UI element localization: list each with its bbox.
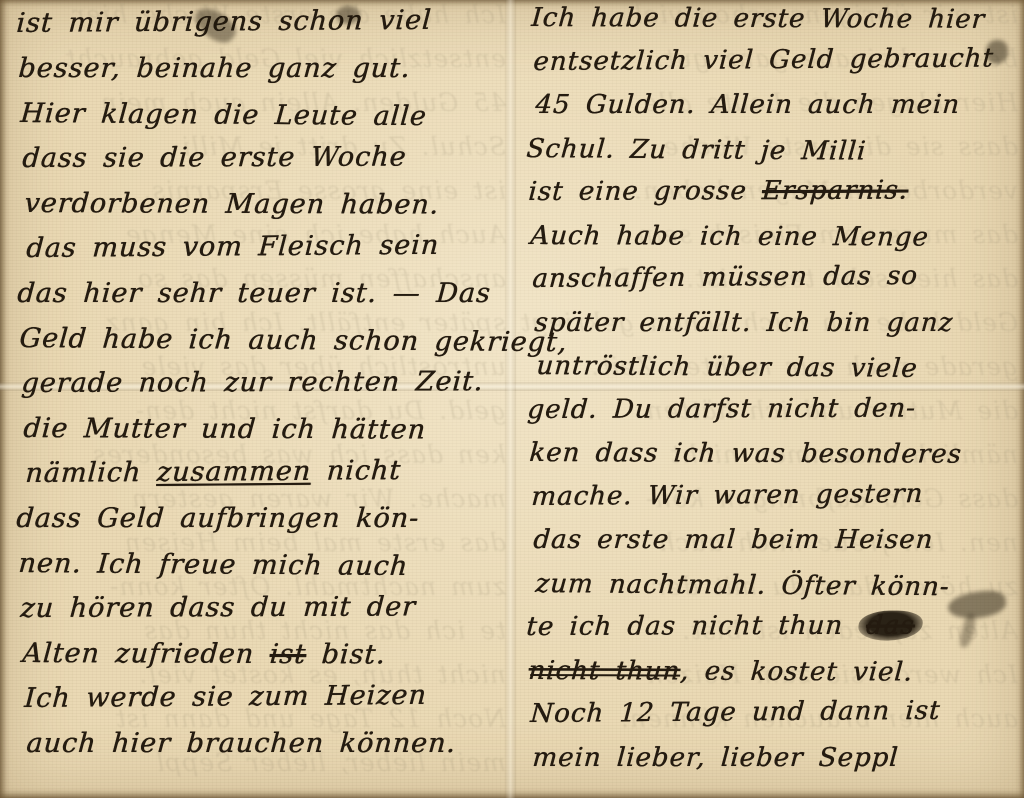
handwriting-text: dass Geld aufbringen kön-: [15, 503, 420, 534]
handwriting-line: Schul. Zu dritt je Milli: [524, 134, 1021, 181]
handwriting-text: die Mutter und ich hätten: [22, 413, 427, 446]
handwriting-line: Hier klagen die Leute alle: [18, 98, 509, 147]
handwriting-text: Ich werde sie zum Heizen: [23, 680, 427, 714]
handwriting-line: verdorbenen Magen haben.: [22, 188, 509, 235]
handwriting-line: entsetzlich viel Geld gebraucht: [532, 43, 1022, 90]
handwriting-strike-text: ist: [269, 639, 308, 670]
handwriting-line: besser, beinahe ganz gut.: [16, 53, 509, 98]
handwriting-line: 45 Gulden. Allein auch mein: [533, 90, 1021, 134]
handwriting-text: auch hier brauchen können.: [25, 728, 457, 759]
handwriting-text: nicht: [310, 455, 402, 487]
handwriting-text: Alten zufrieden: [21, 638, 271, 670]
handwriting-line: Alten zufrieden ist bist.: [20, 638, 509, 685]
handwriting-line: mein lieber, lieber Seppl: [530, 743, 1021, 787]
handwriting-text: das erste mal beim Heisen: [532, 525, 934, 555]
handwriting-text: besser, beinahe ganz gut.: [17, 53, 411, 84]
handwriting-text: nämlich: [24, 457, 157, 489]
letter-scan: Ich habe die erste Woche hierentsetzlich…: [0, 0, 1024, 798]
handwriting-text: Ich habe die erste Woche hier: [530, 3, 986, 35]
handwriting-text: 45 Gulden. Allein auch mein: [534, 90, 961, 120]
handwriting-text: te ich das nicht thun: [525, 611, 859, 642]
handwriting-text: anschaffen müssen das so: [531, 261, 918, 294]
handwriting-text: später entfällt. Ich bin ganz: [533, 308, 954, 338]
handwriting-text: zu hören dass du mit der: [19, 591, 417, 624]
handwriting-text: , es kostet viel.: [679, 656, 914, 687]
handwriting-line: ist mir übrigens schon viel: [15, 4, 510, 53]
letter-page-left: ist mir übrigens schon vielbesser, beina…: [16, 8, 508, 773]
handwriting-line: mache. Wir waren gestern: [530, 478, 1022, 525]
handwriting-line: ken dass ich was besonderes: [527, 438, 1021, 483]
handwriting-text: das hier sehr teuer ist. — Das: [16, 278, 492, 309]
handwriting-text: entsetzlich viel Geld gebraucht: [532, 43, 994, 77]
letter-page-right: Ich habe die erste Woche hierentsetzlich…: [526, 3, 1020, 786]
handwriting-line: nämlich zusammen nicht: [24, 454, 510, 503]
handwriting-line: Noch 12 Tage und dann ist: [529, 695, 1022, 742]
handwriting-text: dass sie die erste Woche: [21, 142, 407, 174]
handwriting-text: untröstlich über das viele: [535, 351, 918, 384]
handwriting-text: ist eine grosse: [527, 176, 763, 207]
handwriting-text: Schul. Zu dritt je Milli: [525, 134, 867, 167]
handwriting-text: Auch habe ich eine Menge: [529, 221, 930, 253]
handwriting-text: geld. Du darfst nicht den-: [526, 393, 916, 424]
handwriting-text: ist mir übrigens schon viel: [15, 5, 432, 39]
handwriting-strike-text: Ersparnis.: [761, 176, 909, 207]
handwriting-line: auch hier brauchen können.: [24, 728, 509, 773]
handwriting-text: nen. Ich freue mich auch: [17, 548, 409, 582]
handwriting-text: zum nachtmahl. Öfter könn-: [534, 569, 950, 602]
handwriting-line: Auch habe ich eine Menge: [528, 221, 1021, 266]
handwriting-strike2-text: nicht thun: [527, 656, 681, 687]
handwriting-line: untröstlich über das viele: [534, 351, 1021, 398]
handwriting-line: nen. Ich freue mich auch: [16, 548, 509, 597]
handwriting-line: die Mutter und ich hätten: [21, 413, 509, 460]
handwriting-text: mein lieber, lieber Seppl: [531, 743, 899, 773]
handwriting-line: Geld habe ich auch schon gekriegt,: [17, 323, 509, 372]
handwriting-text: das muss vom Fleisch sein: [25, 230, 440, 264]
handwriting-text: Hier klagen die Leute alle: [19, 98, 428, 132]
handwriting-line: später entfällt. Ich bin ganz: [532, 308, 1021, 352]
handwriting-text: Geld habe ich auch schon gekriegt,: [18, 323, 568, 358]
handwriting-line: ist eine grosse Ersparnis.: [527, 175, 1022, 220]
handwriting-line: zum nachtmahl. Öfter könn-: [533, 569, 1021, 616]
handwriting-line: das hier sehr teuer ist. — Das: [15, 278, 509, 323]
handwriting-text: gerade noch zur rechten Zeit.: [20, 366, 484, 399]
handwriting-line: nicht thun, es kostet viel.: [526, 656, 1021, 701]
handwriting-line: dass Geld aufbringen kön-: [14, 503, 509, 548]
handwriting-line: te ich das nicht thun das: [525, 610, 1022, 655]
handwriting-blot-text: das: [857, 610, 923, 640]
handwriting-text: mache. Wir waren gestern: [530, 478, 924, 511]
handwriting-line: zu hören dass du mit der: [19, 591, 510, 638]
handwriting-line: Ich werde sie zum Heizen: [23, 679, 510, 728]
handwriting-line: geld. Du darfst nicht den-: [526, 393, 1022, 438]
handwriting-line: Ich habe die erste Woche hier: [529, 3, 1021, 48]
handwriting-text: ken dass ich was besonderes: [528, 438, 963, 470]
handwriting-line: anschaffen müssen das so: [531, 260, 1022, 307]
handwriting-line: gerade noch zur rechten Zeit.: [20, 366, 510, 413]
handwriting-line: dass sie die erste Woche: [21, 141, 510, 188]
handwriting-text: verdorbenen Magen haben.: [23, 188, 440, 221]
handwriting-line: das muss vom Fleisch sein: [25, 229, 510, 278]
handwriting-text: bist.: [305, 639, 387, 670]
handwriting-underline-text: zusammen: [156, 456, 312, 488]
handwriting-line: das erste mal beim Heisen: [531, 525, 1021, 569]
handwriting-text: Noch 12 Tage und dann ist: [529, 696, 941, 729]
